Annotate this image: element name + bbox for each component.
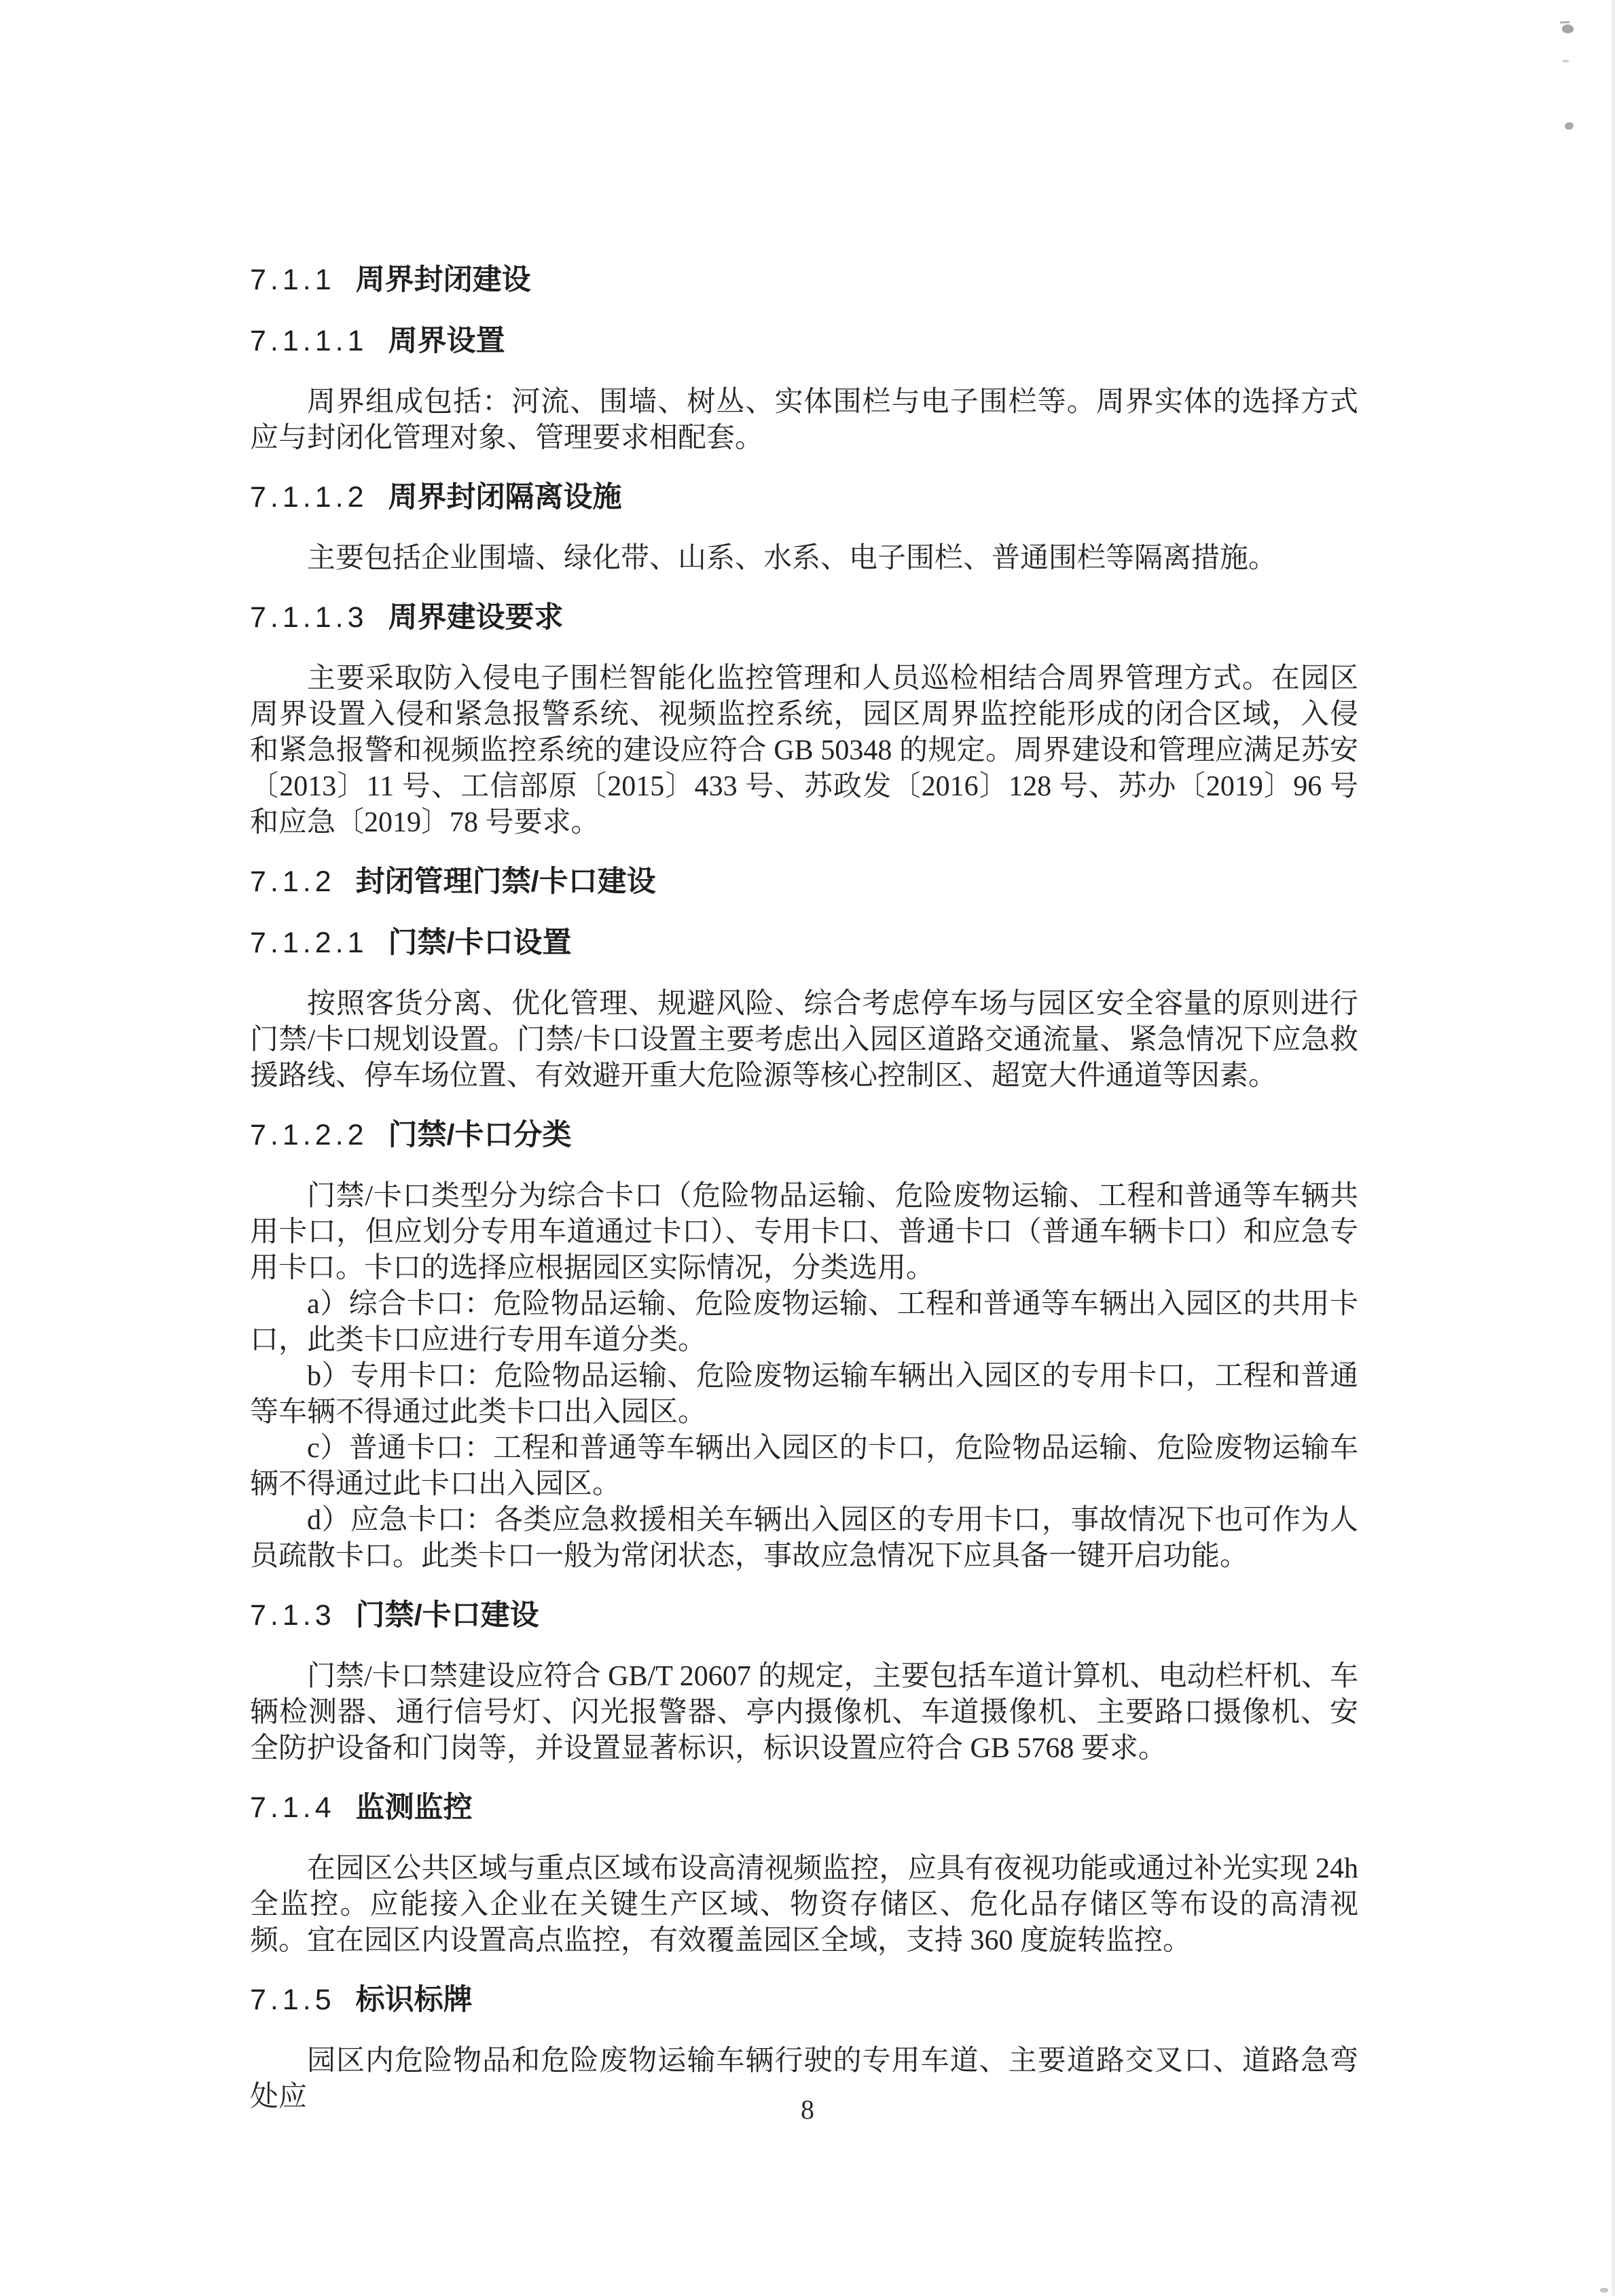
heading-number: 7.1.2.1: [250, 927, 368, 959]
paragraph-monitoring: 在园区公共区域与重点区域布设高清视频监控，应具有夜视功能或通过补光实现 24h …: [250, 1851, 1358, 1959]
list-item-d-emergency-gate: d）应急卡口：各类应急救援相关车辆出入园区的专用卡口，事故情况下也可作为人员疏散…: [250, 1503, 1358, 1575]
heading-number: 7.1.2: [250, 865, 335, 898]
heading-number: 7.1.1.1: [250, 325, 368, 357]
heading-title: 监测监控: [356, 1791, 473, 1824]
heading-title: 门禁/卡口建设: [356, 1599, 539, 1632]
heading-number: 7.1.2.2: [250, 1119, 368, 1151]
heading-7-1-2: 7.1.2封闭管理门禁/卡口建设: [250, 864, 1358, 899]
heading-7-1-2-1: 7.1.2.1门禁/卡口设置: [250, 925, 1358, 961]
heading-number: 7.1.5: [250, 1984, 335, 2016]
heading-title: 门禁/卡口分类: [388, 1119, 572, 1151]
heading-number: 7.1.4: [250, 1791, 335, 1824]
heading-number: 7.1.1: [250, 264, 335, 296]
heading-title: 门禁/卡口设置: [388, 927, 572, 959]
paragraph-perimeter-setup: 周界组成包括：河流、围墙、树丛、实体围栏与电子围栏等。周界实体的选择方式应与封闭…: [250, 384, 1358, 456]
heading-title: 封闭管理门禁/卡口建设: [356, 865, 656, 898]
heading-number: 7.1.3: [250, 1599, 335, 1632]
heading-title: 周界设置: [388, 325, 505, 357]
heading-number: 7.1.1.2: [250, 481, 368, 514]
paragraph-isolation-facilities: 主要包括企业围墙、绿化带、山系、水系、电子围栏、普通围栏等隔离措施。: [250, 541, 1358, 577]
paragraph-perimeter-requirements: 主要采取防入侵电子围栏智能化监控管理和人员巡检相结合周界管理方式。在园区周界设置…: [250, 661, 1358, 841]
heading-7-1-1-1: 7.1.1.1周界设置: [250, 323, 1358, 359]
document-body: 7.1.1周界封闭建设 7.1.1.1周界设置 周界组成包括：河流、围墙、树丛、…: [250, 0, 1358, 2115]
scan-speck: [1563, 60, 1569, 62]
heading-7-1-1-2: 7.1.1.2周界封闭隔离设施: [250, 480, 1358, 515]
heading-7-1-3: 7.1.3门禁/卡口建设: [250, 1598, 1358, 1633]
paragraph-gate-classification: 门禁/卡口类型分为综合卡口（危险物品运输、危险废物运输、工程和普通等车辆共用卡口…: [250, 1179, 1358, 1287]
heading-7-1-1: 7.1.1周界封闭建设: [250, 262, 1358, 298]
paragraph-gate-setup: 按照客货分离、优化管理、规避风险、综合考虑停车场与园区安全容量的原则进行门禁/卡…: [250, 986, 1358, 1094]
heading-7-1-2-2: 7.1.2.2门禁/卡口分类: [250, 1117, 1358, 1153]
scan-edge-shadow: [1612, 0, 1615, 2296]
paragraph-gate-construction: 门禁/卡口禁建设应符合 GB/T 20607 的规定，主要包括车道计算机、电动栏…: [250, 1659, 1358, 1767]
heading-7-1-5: 7.1.5标识标牌: [250, 1982, 1358, 2017]
list-item-b-dedicated-gate: b）专用卡口：危险物品运输、危险废物运输车辆出入园区的专用卡口，工程和普通等车辆…: [250, 1359, 1358, 1431]
scan-speck: [1561, 24, 1574, 34]
scan-speck: [1565, 122, 1574, 130]
heading-title: 周界建设要求: [388, 601, 564, 634]
heading-7-1-4: 7.1.4监测监控: [250, 1790, 1358, 1825]
list-item-c-ordinary-gate: c）普通卡口：工程和普通等车辆出入园区的卡口，危险物品运输、危险废物运输车辆不得…: [250, 1431, 1358, 1503]
list-item-a-comprehensive-gate: a）综合卡口：危险物品运输、危险废物运输、工程和普通等车辆出入园区的共用卡口，此…: [250, 1287, 1358, 1359]
page-number: 8: [0, 2094, 1615, 2125]
heading-7-1-1-3: 7.1.1.3周界建设要求: [250, 600, 1358, 635]
heading-title: 周界封闭隔离设施: [388, 481, 622, 514]
heading-title: 标识标牌: [356, 1984, 473, 2016]
scanned-document-page: 7.1.1周界封闭建设 7.1.1.1周界设置 周界组成包括：河流、围墙、树丛、…: [0, 0, 1615, 2296]
heading-title: 周界封闭建设: [356, 264, 531, 296]
scan-speck: [1600, 2288, 1608, 2293]
heading-number: 7.1.1.3: [250, 601, 368, 634]
